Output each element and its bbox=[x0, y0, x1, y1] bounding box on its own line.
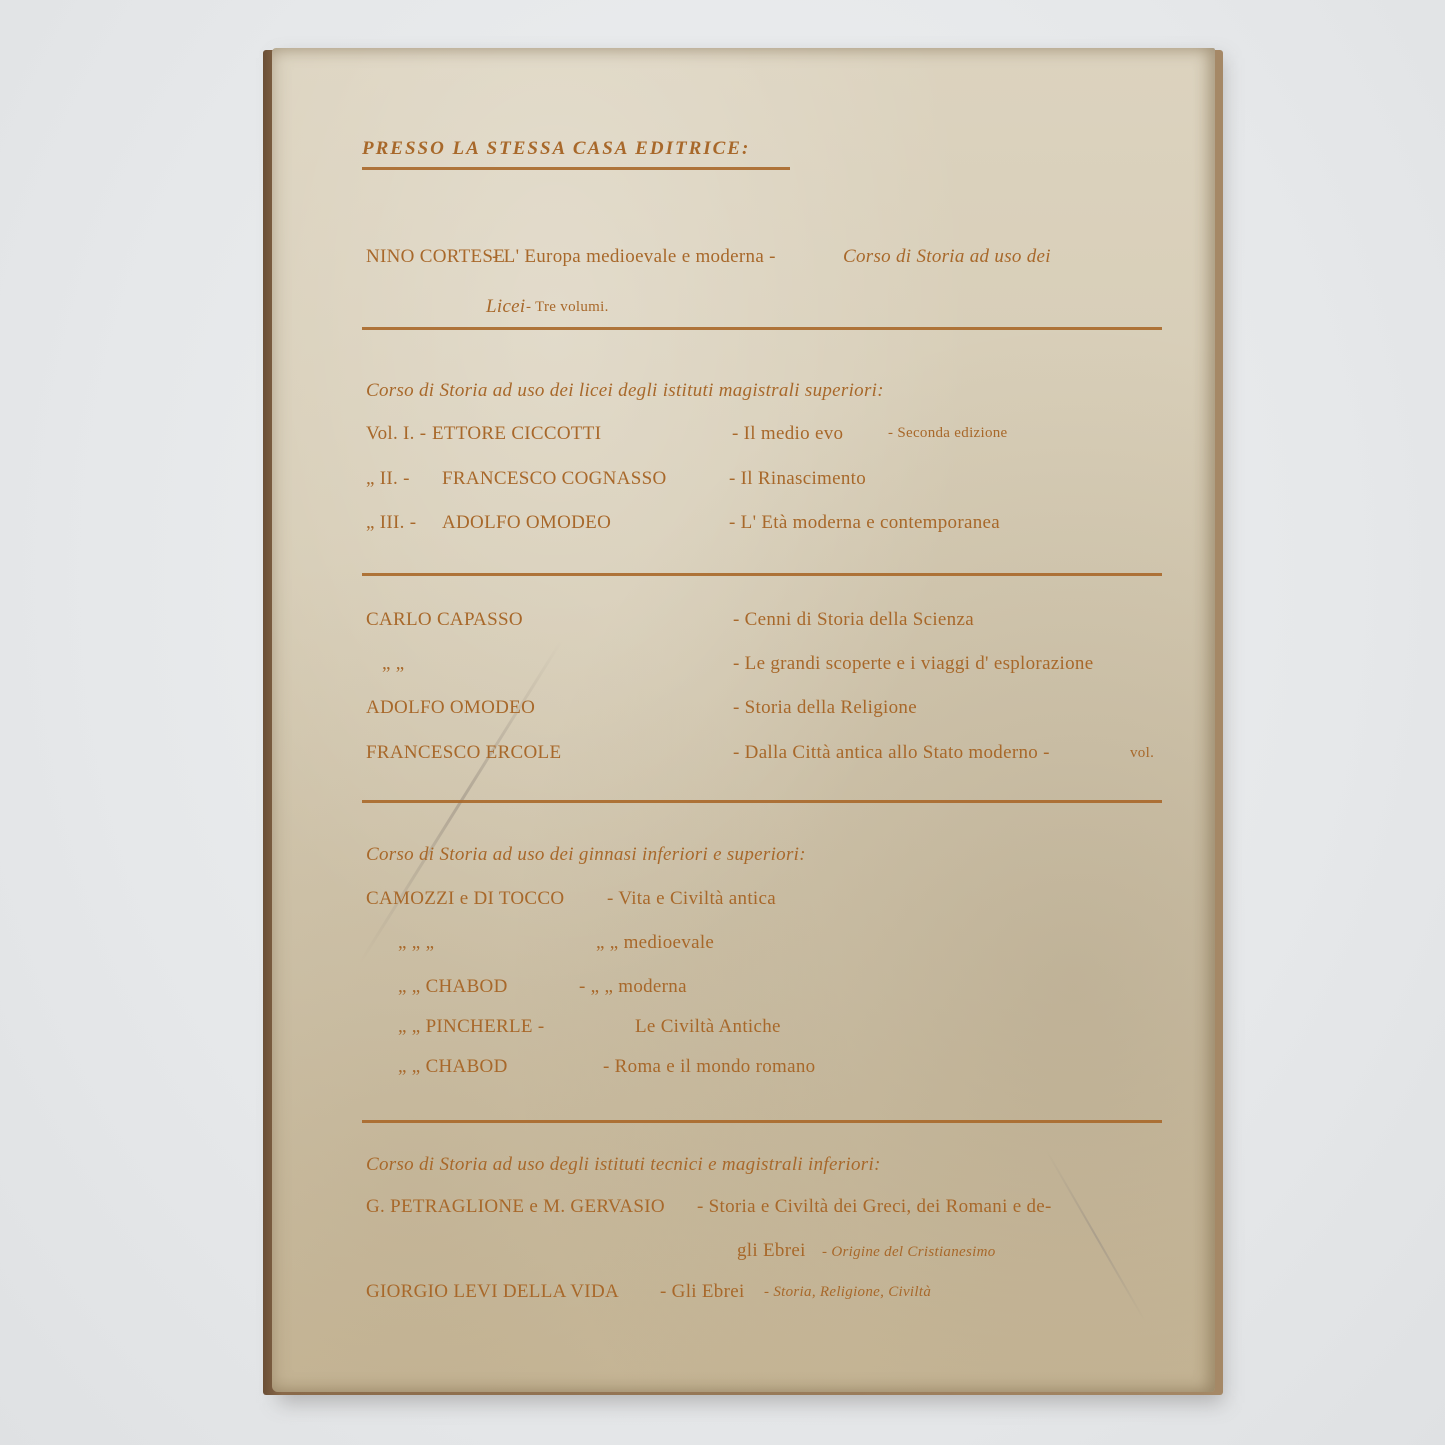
entry-title: - Dalla Città antica allo Stato moderno … bbox=[733, 742, 1050, 764]
entry-title: - Le grandi scoperte e i viaggi d' esplo… bbox=[733, 653, 1093, 675]
section-intro: Corso di Storia ad uso dei licei degli i… bbox=[366, 380, 884, 402]
entry-title: - „ „ moderna bbox=[579, 976, 687, 998]
entry-title: - Roma e il mondo romano bbox=[603, 1056, 815, 1078]
catalogue-heading: PRESSO LA STESSA CASA EDITRICE: bbox=[362, 138, 750, 160]
section-divider bbox=[362, 327, 1162, 330]
entry-volume: „ II. - bbox=[366, 468, 410, 490]
entry-note: - Storia, Religione, Civiltà bbox=[764, 1284, 931, 1301]
entry-author-ditto: „ „ bbox=[382, 653, 405, 675]
entry-title: „ „ medioevale bbox=[596, 932, 714, 954]
entry-title: - Il Rinascimento bbox=[729, 468, 866, 490]
entry-author: CARLO CAPASSO bbox=[366, 609, 523, 631]
entry-title: - Vita e Civiltà antica bbox=[607, 888, 776, 910]
entry-subtitle: Corso di Storia ad uso dei bbox=[843, 246, 1051, 268]
section-divider bbox=[362, 800, 1162, 803]
entry-title: - L' Età moderna e contemporanea bbox=[729, 512, 1000, 534]
entry-title: - L' Europa medioevale e moderna - bbox=[492, 246, 776, 268]
entry-title: - Cenni di Storia della Scienza bbox=[733, 609, 974, 631]
entry-note: - Seconda edizione bbox=[888, 425, 1008, 442]
entry-title-cont: gli Ebrei bbox=[737, 1240, 806, 1262]
entry-author: CAMOZZI e DI TOCCO bbox=[366, 888, 564, 910]
entry-subtitle-cont: Licei bbox=[486, 296, 526, 318]
entry-author: FRANCESCO ERCOLE bbox=[366, 742, 561, 764]
entry-note: - Origine del Cristianesimo bbox=[822, 1244, 996, 1261]
entry-title: - Storia e Civiltà dei Greci, dei Romani… bbox=[697, 1196, 1052, 1218]
entry-title: - Il medio evo bbox=[732, 423, 843, 445]
section-divider bbox=[362, 573, 1162, 576]
entry-author: ADOLFO OMODEO bbox=[366, 697, 535, 719]
entry-author: „ „ PINCHERLE - bbox=[398, 1016, 544, 1038]
heading-underline bbox=[362, 167, 790, 170]
section-intro: Corso di Storia ad uso dei ginnasi infer… bbox=[366, 844, 806, 866]
entry-author: ETTORE CICCOTTI bbox=[432, 423, 601, 445]
entry-title: Le Civiltà Antiche bbox=[635, 1016, 781, 1038]
entry-author: „ „ CHABOD bbox=[398, 1056, 508, 1078]
entry-author: NINO CORTESE bbox=[366, 246, 505, 268]
entry-volume: Vol. I. - bbox=[366, 423, 426, 445]
entry-volume: „ III. - bbox=[366, 512, 416, 534]
entry-title: - Gli Ebrei bbox=[660, 1281, 745, 1303]
entry-author: GIORGIO LEVI DELLA VIDA bbox=[366, 1281, 619, 1303]
entry-title: - Storia della Religione bbox=[733, 697, 917, 719]
entry-author-ditto: „ „ „ bbox=[398, 932, 434, 954]
entry-author: ADOLFO OMODEO bbox=[442, 512, 611, 534]
entry-volumes: - Tre volumi. bbox=[526, 299, 609, 316]
entry-author: „ „ CHABOD bbox=[398, 976, 508, 998]
entry-author: G. PETRAGLIONE e M. GERVASIO bbox=[366, 1196, 665, 1218]
entry-note: vol. bbox=[1130, 745, 1154, 762]
section-divider bbox=[362, 1120, 1162, 1123]
entry-author: FRANCESCO COGNASSO bbox=[442, 468, 666, 490]
section-intro: Corso di Storia ad uso degli istituti te… bbox=[366, 1154, 881, 1176]
